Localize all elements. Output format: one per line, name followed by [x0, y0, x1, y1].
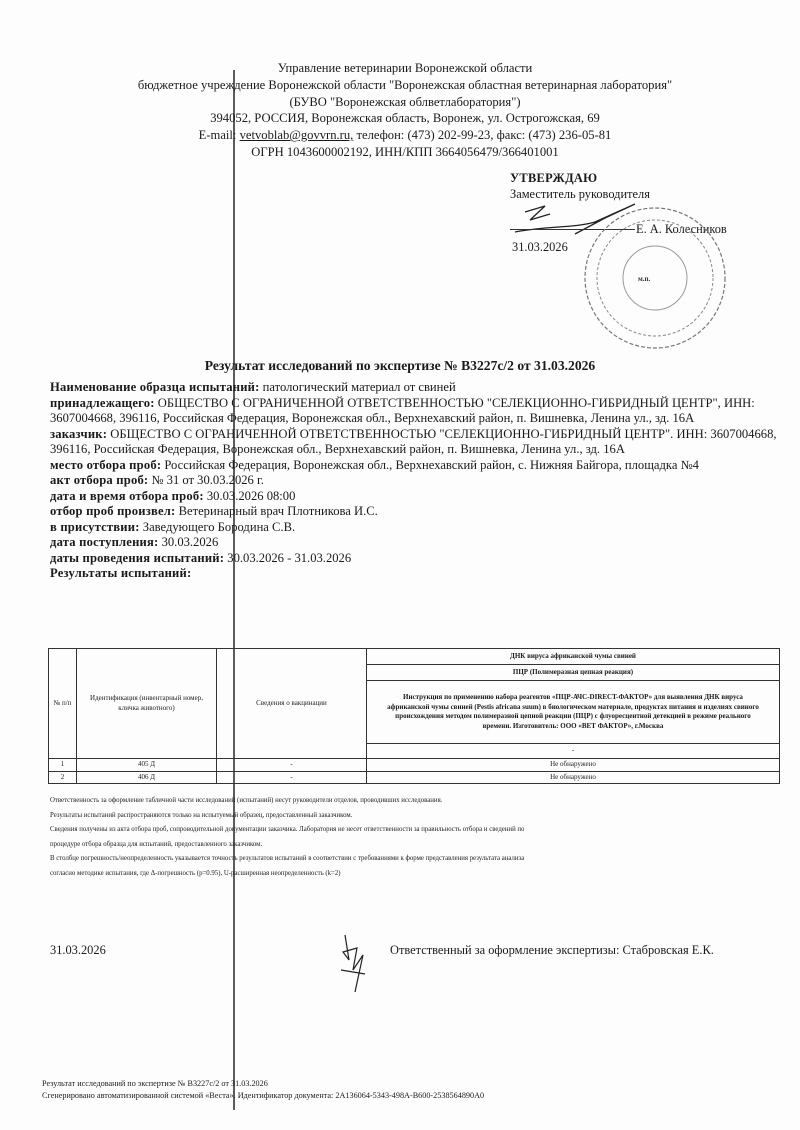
- field-results-heading: Результаты испытаний:: [50, 566, 780, 582]
- header-identification: Идентификация (инвентарный номер, кличка…: [77, 649, 217, 759]
- notes: Ответственность за оформление табличной …: [50, 794, 785, 881]
- contacts-line: E-mail: vetvoblab@govvrn.ru, телефон: (4…: [95, 127, 715, 144]
- scan-artifact-line: [233, 70, 235, 1110]
- letterhead-line: Управление ветеринарии Воронежской облас…: [95, 60, 715, 77]
- field-sample-name: Наименование образца испытаний: патологи…: [50, 380, 780, 396]
- table-header-row: № п/п Идентификация (инвентарный номер, …: [49, 649, 780, 665]
- field-received-date: дата поступления: 30.03.2026: [50, 535, 780, 551]
- header-method: ПЦР (Полимеразная цепная реакция): [367, 665, 780, 681]
- field-in-presence: в присутствии: Заведующего Бородина С.В.: [50, 520, 780, 536]
- email-label: E-mail:: [199, 128, 237, 142]
- seal-stamp-icon: м.п.: [580, 198, 730, 358]
- note: процедуре отбора образца для испытаний, …: [50, 838, 785, 853]
- note: Ответственность за оформление табличной …: [50, 794, 785, 809]
- cell-id: 406 Д: [77, 771, 217, 784]
- header-test-name: ДНК вируса африканской чумы свиней: [367, 649, 780, 665]
- results-table: № п/п Идентификация (инвентарный номер, …: [48, 648, 780, 784]
- ogrn-line: ОГРН 1043600002192, ИНН/КПП 3664056479/3…: [95, 144, 715, 161]
- header-no: № п/п: [49, 649, 77, 759]
- field-test-dates: даты проведения испытаний: 30.03.2026 - …: [50, 551, 780, 567]
- note: В столбце погрешность/неопределенность у…: [50, 852, 785, 867]
- table-row: 2 406 Д - Не обнаружено: [49, 771, 780, 784]
- cell-no: 2: [49, 771, 77, 784]
- note: Сведения получены из акта отбора проб, с…: [50, 823, 785, 838]
- letterhead-line: (БУВО "Воронежская облветлаборатория"): [95, 94, 715, 111]
- responsible-person: Ответственный за оформление экспертизы: …: [390, 943, 714, 958]
- footer-doc-ref: Результат исследований по экспертизе № В…: [42, 1078, 762, 1090]
- header-uncertainty: -: [367, 744, 780, 759]
- field-sampling-place: место отбора проб: Российская Федерация,…: [50, 458, 780, 474]
- document-footer: Результат исследований по экспертизе № В…: [42, 1078, 762, 1101]
- cell-result: Не обнаружено: [367, 759, 780, 772]
- approval-title: УТВЕРЖДАЮ: [510, 170, 650, 186]
- approval-date: 31.03.2026: [512, 240, 568, 255]
- letterhead: Управление ветеринарии Воронежской облас…: [95, 60, 715, 161]
- note: согласно методике испытания, где Δ-погре…: [50, 867, 785, 882]
- svg-text:м.п.: м.п.: [638, 275, 651, 283]
- email-link[interactable]: vetvoblab@govvrn.ru,: [240, 128, 354, 142]
- cell-id: 405 Д: [77, 759, 217, 772]
- table-row: 1 405 Д - Не обнаружено: [49, 759, 780, 772]
- footer-generated-by: Сгенерировано автоматизированной системо…: [42, 1090, 762, 1102]
- field-customer: заказчик: ОБЩЕСТВО С ОГРАНИЧЕННОЙ ОТВЕТС…: [50, 427, 780, 458]
- header-vaccination: Сведения о вакцинации: [217, 649, 367, 759]
- field-sampled-by: отбор проб произвел: Ветеринарный врач П…: [50, 504, 780, 520]
- responsible-signature-icon: [335, 930, 375, 1000]
- field-owner: принадлежащего: ОБЩЕСТВО С ОГРАНИЧЕННОЙ …: [50, 396, 780, 427]
- field-sampling-datetime: дата и время отбора проб: 30.03.2026 08:…: [50, 489, 780, 505]
- document-title: Результат исследований по экспертизе № В…: [0, 358, 800, 374]
- letterhead-line: 394052, РОССИЯ, Воронежская область, Вор…: [95, 110, 715, 127]
- cell-vacc: -: [217, 771, 367, 784]
- phones: телефон: (473) 202-99-23, факс: (473) 23…: [356, 128, 611, 142]
- cell-vacc: -: [217, 759, 367, 772]
- letterhead-line: бюджетное учреждение Воронежской области…: [95, 77, 715, 94]
- note: Результаты испытаний распространяются то…: [50, 809, 785, 824]
- cell-no: 1: [49, 759, 77, 772]
- sample-details: Наименование образца испытаний: патологи…: [50, 380, 780, 582]
- cell-result: Не обнаружено: [367, 771, 780, 784]
- field-sampling-act: акт отбора проб: № 31 от 30.03.2026 г.: [50, 473, 780, 489]
- header-method-doc: Инструкция по применению набора реагенто…: [367, 681, 780, 744]
- footer-date: 31.03.2026: [50, 943, 106, 958]
